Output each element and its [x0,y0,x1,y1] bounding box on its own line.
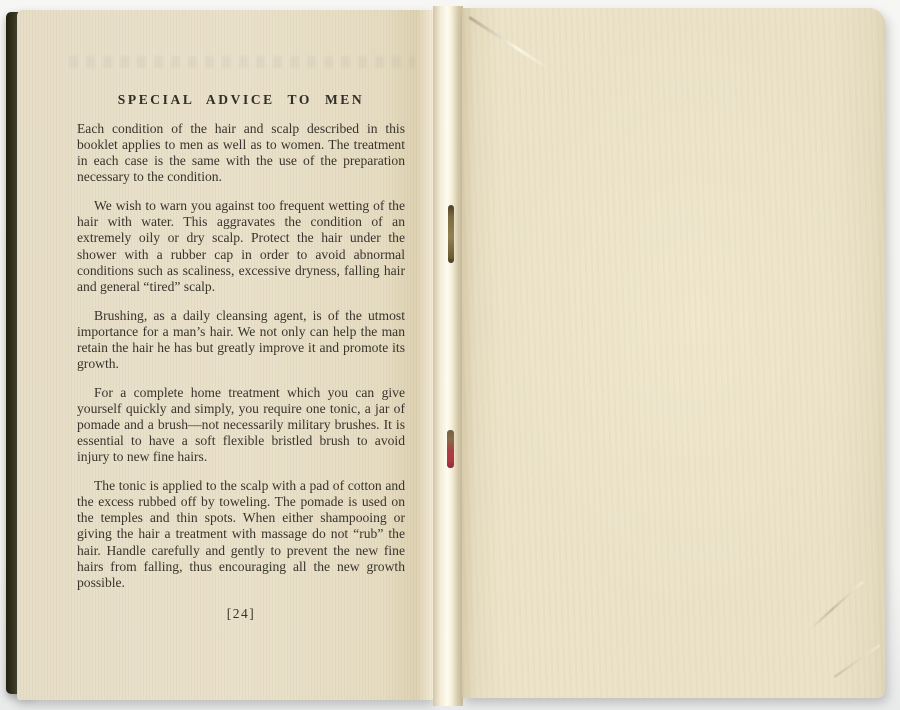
right-page-blank [462,8,885,698]
paragraph-1: Each condition of the hair and scalp des… [77,121,405,186]
crease-top-left [468,16,550,71]
paragraph-2: We wish to warn you against too frequent… [77,198,405,295]
crease-bottom-right-2 [834,644,880,677]
left-page: SPECIAL ADVICE TO MEN Each condition of … [17,10,433,700]
paragraph-3: Brushing, as a daily cleansing agent, is… [77,308,405,373]
left-page-text-column: SPECIAL ADVICE TO MEN Each condition of … [77,92,405,622]
showthrough-ghost-text [69,56,415,68]
paragraph-4: For a complete home treatment which you … [77,385,405,466]
paragraph-5: The tonic is applied to the scalp with a… [77,478,405,591]
page-title: SPECIAL ADVICE TO MEN [77,92,405,108]
crease-bottom-right-1 [810,581,863,629]
staple-bottom-red [447,430,454,468]
page-number: [24] [77,606,405,622]
staple-top [448,205,454,263]
spine-gap [433,6,463,706]
scanned-booklet-spread: SPECIAL ADVICE TO MEN Each condition of … [0,0,900,710]
